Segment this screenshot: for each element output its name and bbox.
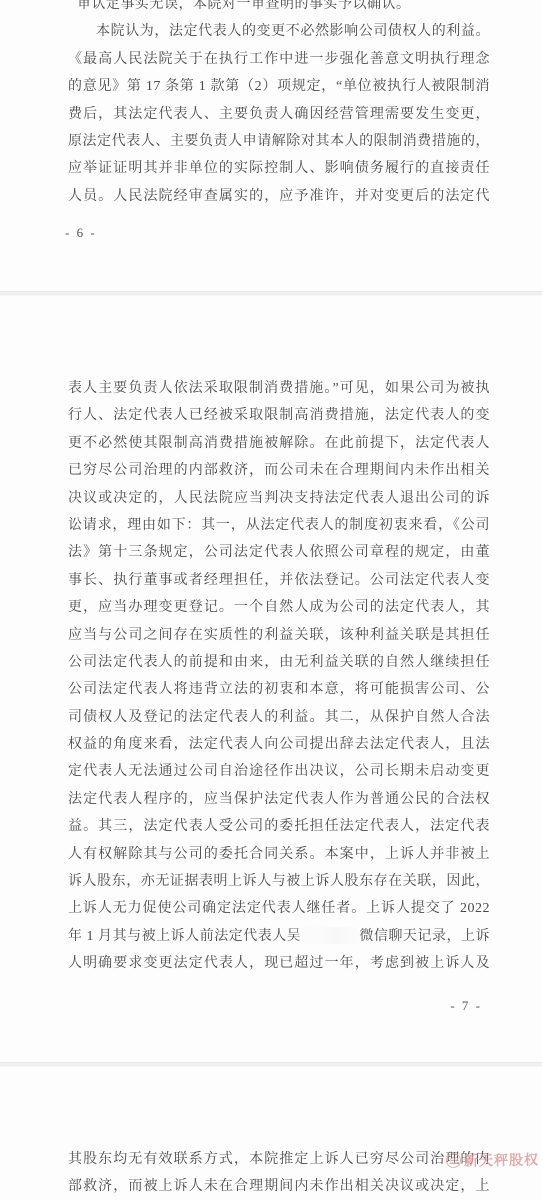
text-line: 定代表人无法通过公司自治途径作出决议，公司长期未启动变更 (68, 758, 490, 785)
text-line: 决议或决定的，人民法院应当判决支持法定代表人退出公司的诉 (68, 485, 490, 512)
text-line: 的意见》第 17 条第 1 款第（2）项规定，“单位被执行人被限制消 (68, 73, 490, 100)
text-line: 已穷尽公司治理的内部救济，而公司未在合理期间内未作出相关 (68, 457, 490, 484)
text-line: 诉人股东，亦无证据表明上诉人与被上诉人股东存在关联，因此， (68, 868, 490, 895)
text-line: 更，应当办理变更登记。一个自然人成为公司的法定代表人，其 (68, 594, 490, 621)
text-line: 更不必然使其限制高消费措施被解除。在此前提下，法定代表人 (68, 430, 490, 457)
text-line: 上诉人无力促使公司确定法定代表人继任者。上诉人提交了 2022 (68, 895, 490, 922)
page-7: 表人主要负责人依法采取限制消费措施。”可见，如果公司为被执 行人、法定代表人已经… (0, 296, 542, 1062)
page-8: 其股东均无有效联系方式，本院推定上诉人已穷尽公司治理的内 部救济，而被上诉人未在… (0, 1067, 542, 1200)
text-line: 其股东均无有效联系方式，本院推定上诉人已穷尽公司治理的内 (68, 1146, 490, 1173)
text-line: 权益的角度来看，法定代表人向公司提出辞去法定代表人，且法 (68, 731, 490, 758)
redacted-line-suffix: 微信聊天记录，上诉 (359, 929, 490, 944)
page-number-6: - 6 - (65, 219, 490, 246)
page-number-7: - 7 - (68, 992, 482, 1019)
text-line: 应当与公司之间存在实质性的利益关联，该种利益关联是其担任 (68, 622, 490, 649)
text-line: 事长、执行董事或者经理担任，并依法登记。公司法定代表人变 (68, 567, 490, 594)
text-line: 法》第十三条规定，公司法定代表人依照公司章程的规定，由董 (68, 539, 490, 566)
text-line: 人员。人民法院经审查属实的，应予准许，并对变更后的法定代 (68, 183, 490, 210)
document-viewer[interactable]: 审认定事实无误，本院对一审查明的事实予以确认。 本院认为，法定代表人的变更不必然… (0, 0, 542, 1200)
text-line: 法定代表人程序的，应当保护法定代表人作为普通公民的合法权 (68, 786, 490, 813)
redaction-blur (302, 927, 358, 944)
text-line: 公司法定代表人将违背立法的初衷和本意，将可能损害公司、公 (68, 676, 490, 703)
text-line: 审认定事实无误，本院对一审查明的事实予以确认。 (68, 0, 490, 18)
text-line: 费后，其法定代表人、主要负责人确因经营管理需要发生变更， (68, 101, 490, 128)
text-line: 益。其三，法定代表人受公司的委托担任法定代表人，法定代表 (68, 813, 490, 840)
text-line-redacted: 年 1 月其与被上诉人前法定代表人吴微信聊天记录，上诉 (68, 923, 490, 950)
text-line: 讼请求，理由如下：其一，从法定代表人的制度初衷来看，《公司 (68, 512, 490, 539)
text-line: 公司法定代表人的前提和由来，由无利益关联的自然人继续担任 (68, 649, 490, 676)
text-line: 表人主要负责人依法采取限制消费措施。”可见，如果公司为被执 (68, 375, 490, 402)
text-line: 人明确要求变更法定代表人，现已超过一年，考虑到被上诉人及 (68, 950, 490, 977)
page-6: 审认定事实无误，本院对一审查明的事实予以确认。 本院认为，法定代表人的变更不必然… (0, 0, 542, 291)
text-line: 人有权解除其与公司的委托合同关系。本案中，上诉人并非被上 (68, 841, 490, 868)
text-line: 本院认为，法定代表人的变更不必然影响公司债权人的利益。 (68, 18, 490, 45)
text-line: 应举证证明其并非单位的实际控制人、影响债务履行的直接责任 (68, 155, 490, 182)
text-line: 行人、法定代表人已经被采取限制高消费措施，法定代表人的变 (68, 402, 490, 429)
text-line: 《最高人民法院关于在执行工作中进一步强化善意文明执行理念 (68, 46, 490, 73)
text-line: 司债权人及登记的法定代表人的利益。其二，从保护自然人合法 (68, 704, 490, 731)
redacted-line-prefix: 年 1 月其与被上诉人前法定代表人吴 (68, 929, 301, 944)
text-line: 部救济，而被上诉人未在合理期间内未作出相关决议或决定，上 (68, 1173, 490, 1200)
text-line: 原法定代表人、主要负责人申请解除对其本人的限制消费措施的， (68, 128, 490, 155)
